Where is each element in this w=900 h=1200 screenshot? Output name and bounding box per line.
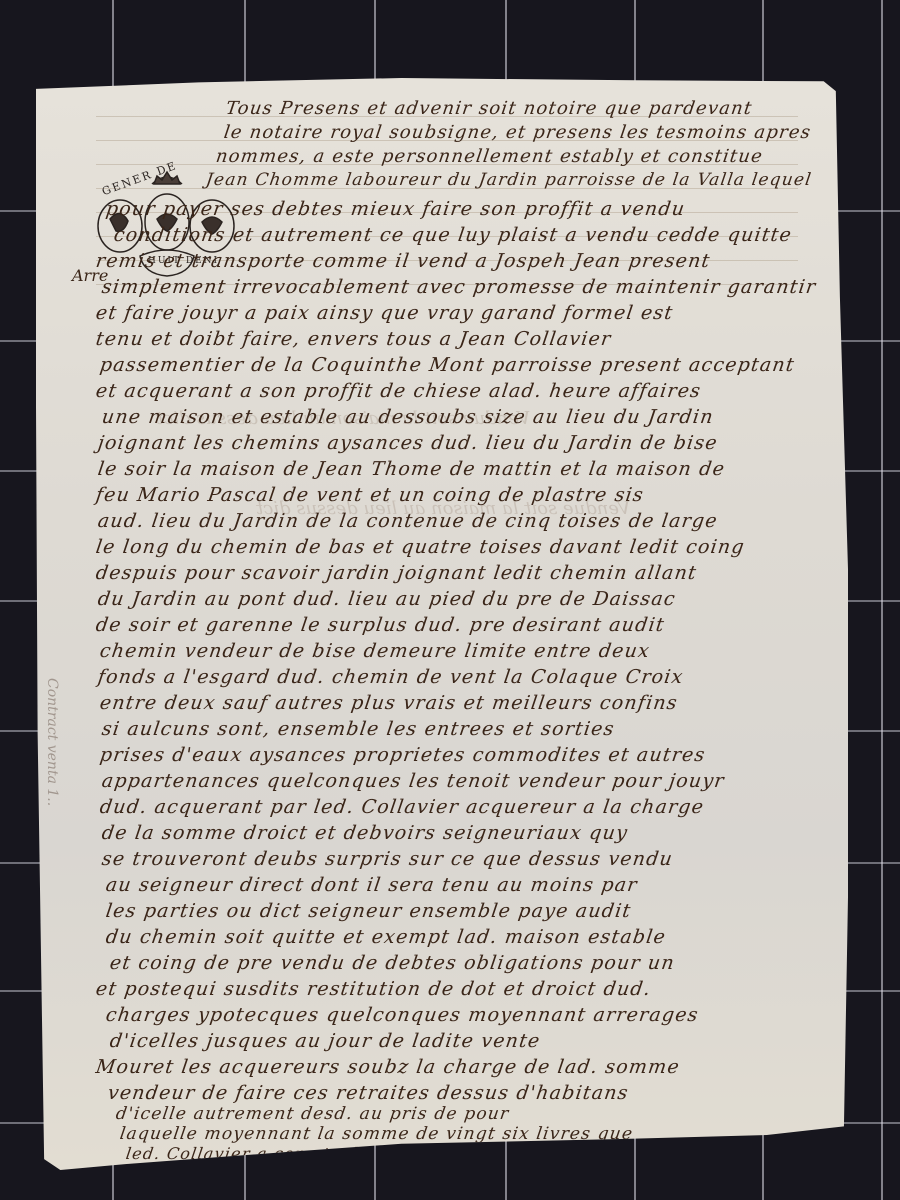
text-line: d'icelle autrement desd. au pris de pour: [115, 1104, 900, 1124]
text-line: joignant les chemins aysances dud. lieu …: [96, 432, 900, 454]
text-line: le soir la maison de Jean Thome de matti…: [96, 458, 900, 480]
text-line: appartenances quelconques les tenoit ven…: [100, 770, 900, 792]
text-line: le notaire royal soubsigne, et presens l…: [223, 122, 900, 143]
text-line: du Jardin au pont dud. lieu au pied du p…: [96, 588, 900, 610]
faint-side-note: Contract venta 1..: [44, 678, 60, 806]
text-line: du chemin soit quitte et exempt lad. mai…: [104, 926, 900, 948]
text-line: le long du chemin de bas et quatre toise…: [94, 536, 900, 558]
text-line: si aulcuns sont, ensemble les entrees et…: [100, 718, 900, 740]
text-line: Tous Presens et advenir soit notoire que…: [225, 98, 900, 119]
text-line: fonds a l'esgard dud. chemin de vent la …: [96, 666, 900, 688]
text-line: Mouret les acquereurs soubz la charge de…: [94, 1056, 900, 1078]
text-line: prises d'eaux aysances proprietes commod…: [98, 744, 900, 766]
text-line: tenu et doibt faire, envers tous a Jean …: [94, 328, 900, 350]
text-line: aud. lieu du Jardin de la contenue de ci…: [96, 510, 900, 532]
text-line: despuis pour scavoir jardin joignant led…: [94, 562, 900, 584]
text-line: une maison et estable au dessoubs size a…: [100, 406, 900, 428]
manuscript-page: Vendue soit la maison au lieu dessus dic…: [36, 78, 848, 1170]
text-line: de soir et garenne le surplus dud. pre d…: [94, 614, 900, 636]
text-line: charges ypotecques quelconques moyennant…: [104, 1004, 900, 1026]
text-line: les parties ou dict seigneur ensemble pa…: [104, 900, 900, 922]
text-line: passementier de la Coquinthe Mont parroi…: [98, 354, 900, 376]
text-line: Jean Chomme laboureur du Jardin parroiss…: [205, 170, 900, 190]
text-line: dud. acquerant par led. Collavier acquer…: [98, 796, 900, 818]
text-line: pour payer ses debtes mieux faire son pr…: [104, 198, 900, 220]
text-line: se trouveront deubs surpris sur ce que d…: [100, 848, 900, 870]
text-line: simplement irrevocablement avec promesse…: [100, 276, 900, 298]
text-line: au seigneur direct dont il sera tenu au …: [104, 874, 900, 896]
text-line: et postequi susdits restitution de dot e…: [94, 978, 900, 1000]
text-line: nommes, a este personnellement estably e…: [215, 146, 900, 167]
text-line: vendeur de faire ces retraites dessus d'…: [106, 1082, 900, 1104]
text-line: et coing de pre vendu de debtes obligati…: [108, 952, 900, 974]
text-line: et acquerant a son proffit de chiese ala…: [94, 380, 900, 402]
text-line: entre deux sauf autres plus vrais et mei…: [98, 692, 900, 714]
text-line: chemin vendeur de bise demeure limite en…: [98, 640, 900, 662]
text-line: de la somme droict et debvoirs seigneuri…: [100, 822, 900, 844]
text-line: conditions et autrement ce que luy plais…: [112, 224, 900, 246]
text-line: d'icelles jusques au jour de ladite vent…: [108, 1030, 900, 1052]
text-line: remis et transporte comme il vend a Josp…: [94, 250, 900, 272]
text-line: et faire jouyr a paix ainsy que vray gar…: [94, 302, 900, 324]
text-line: feu Mario Pascal de vent et un coing de …: [94, 484, 900, 506]
